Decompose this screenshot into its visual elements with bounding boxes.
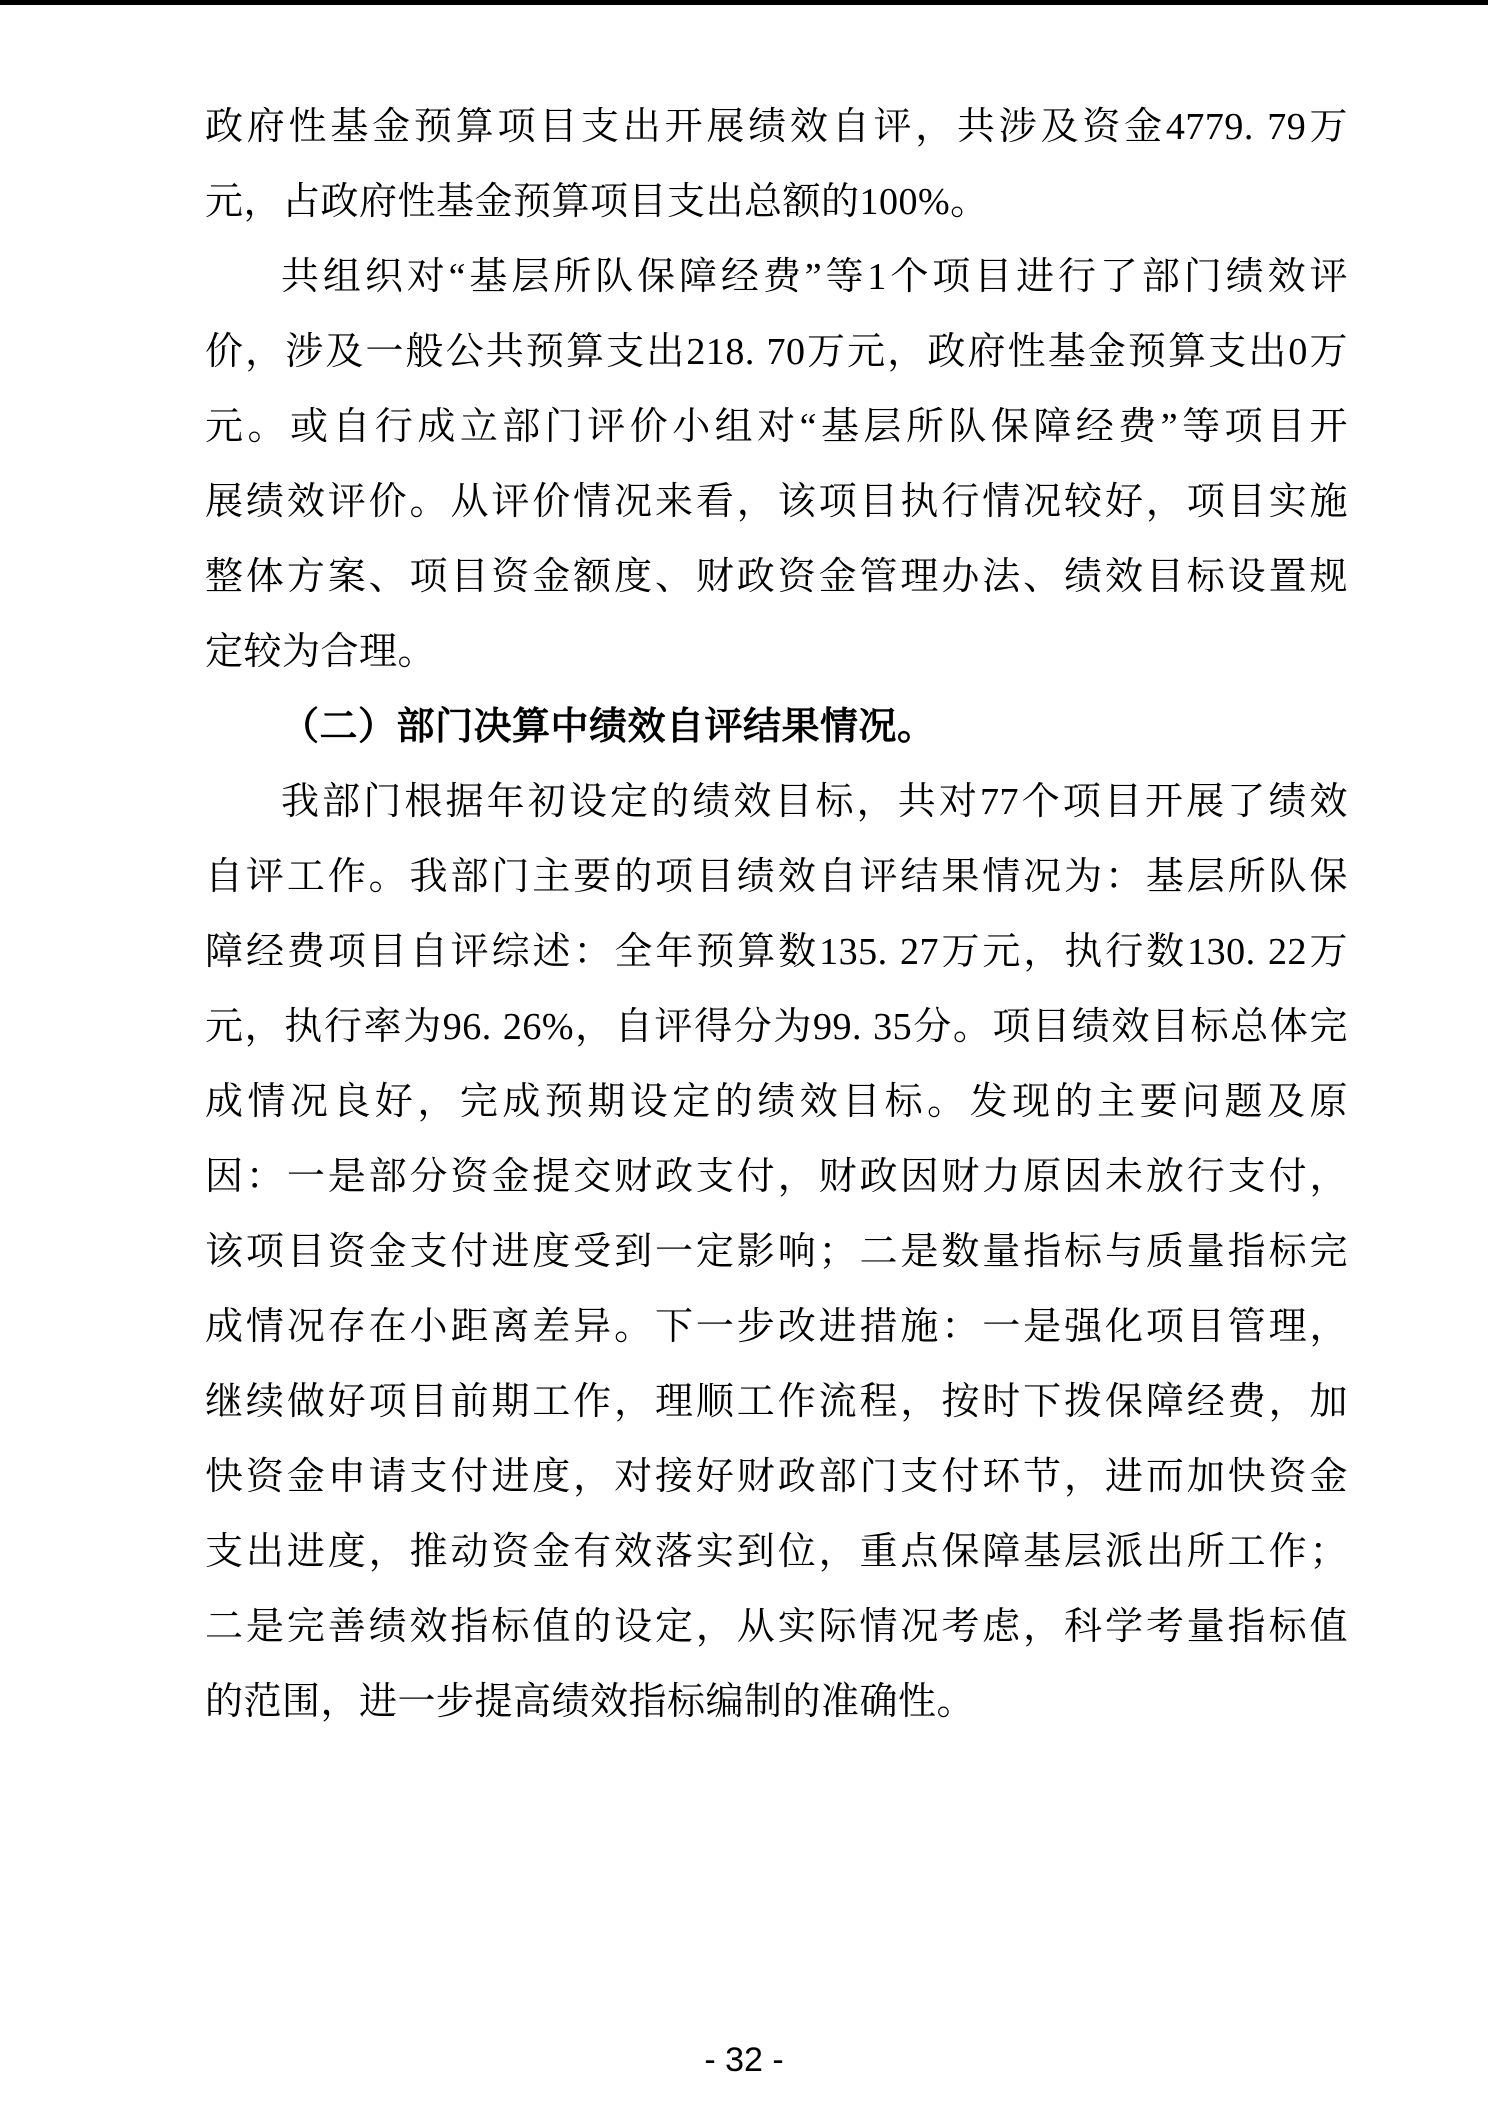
text-line: 整体方案、项目资金额度、财政资金管理办法、绩效目标设置规 <box>205 540 1348 615</box>
text-line: 快资金申请支付进度，对接好财政部门支付环节，进而加快资金 <box>205 1440 1348 1515</box>
page-footer: - 32 - <box>0 2040 1488 2080</box>
text-line: 自评工作。我部门主要的项目绩效自评结果情况为：基层所队保 <box>205 840 1348 915</box>
document-body: 政府性基金预算项目支出开展绩效自评，共涉及资金4779. 79万 元，占政府性基… <box>205 90 1348 1740</box>
text-line: 障经费项目自评综述：全年预算数135. 27万元，执行数130. 22万 <box>205 915 1348 990</box>
text-line: 成情况存在小距离差异。下一步改进措施：一是强化项目管理， <box>205 1290 1348 1365</box>
section-heading: （二）部门决算中绩效自评结果情况。 <box>205 690 1348 765</box>
text-line: 展绩效评价。从评价情况来看，该项目执行情况较好，项目实施 <box>205 465 1348 540</box>
text-line: 我部门根据年初设定的绩效目标，共对77个项目开展了绩效 <box>205 765 1348 840</box>
text-line: 二是完善绩效指标值的设定，从实际情况考虑，科学考量指标值 <box>205 1590 1348 1665</box>
text-line: 该项目资金支付进度受到一定影响；二是数量指标与质量指标完 <box>205 1215 1348 1290</box>
text-line: 支出进度，推动资金有效落实到位，重点保障基层派出所工作； <box>205 1515 1348 1590</box>
document-page: { "page": { "background_color": "#ffffff… <box>0 0 1488 2104</box>
text-line: 元，执行率为96. 26%，自评得分为99. 35分。项目绩效目标总体完 <box>205 990 1348 1065</box>
text-line: 成情况良好，完成预期设定的绩效目标。发现的主要问题及原 <box>205 1065 1348 1140</box>
text-line: 价，涉及一般公共预算支出218. 70万元，政府性基金预算支出0万 <box>205 315 1348 390</box>
text-line: 元。或自行成立部门评价小组对“基层所队保障经费”等项目开 <box>205 390 1348 465</box>
text-line: 因：一是部分资金提交财政支付，财政因财力原因未放行支付， <box>205 1140 1348 1215</box>
text-line: 共组织对“基层所队保障经费”等1个项目进行了部门绩效评 <box>205 240 1348 315</box>
text-line: 政府性基金预算项目支出开展绩效自评，共涉及资金4779. 79万 <box>205 90 1348 165</box>
page-top-border <box>0 0 1488 5</box>
page-number: - 32 - <box>704 2041 783 2079</box>
text-line: 继续做好项目前期工作，理顺工作流程，按时下拨保障经费，加 <box>205 1365 1348 1440</box>
